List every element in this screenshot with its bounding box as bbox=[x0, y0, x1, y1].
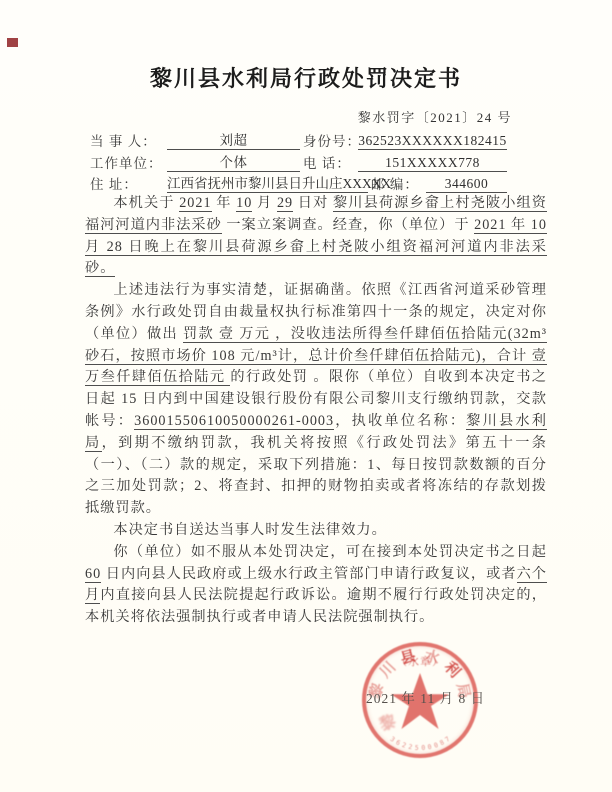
work-value: 个体 bbox=[167, 151, 300, 172]
party-value: 刘超 bbox=[167, 129, 300, 150]
address-value: 江西省抚州市黎川县日升山庄XXXXX bbox=[167, 172, 368, 193]
document-body: 本机关于 2021 年 10 月 29 日对 黎川县荷源乡畲上村尧陂小组资福河河… bbox=[85, 193, 547, 629]
doc-number: 黎水罚字〔2021〕24 号 bbox=[358, 107, 512, 126]
paragraph-penalty-decision: 上述违法行为事实清楚，证据确凿。依照《江西省河道采砂管理条例》水行政处罚自由裁量… bbox=[85, 280, 547, 520]
page-title: 黎川县水利局行政处罚决定书 bbox=[0, 62, 612, 93]
party-label: 当 事 人： bbox=[90, 130, 167, 150]
scanned-penalty-document: 黎川县水利局行政处罚决定书 黎水罚字〔2021〕24 号 当 事 人： 刘超 身… bbox=[0, 0, 612, 792]
phone-label: 电 话： bbox=[303, 152, 358, 172]
field-row-work: 工作单位： 个体 电 话： 151XXXXX778 bbox=[90, 150, 507, 171]
field-row-party: 当 事 人： 刘超 身份号： 362523XXXXXX182415 bbox=[90, 129, 507, 150]
seal-inner-label: （水章） bbox=[362, 653, 478, 669]
paragraph-case-filing: 本机关于 2021 年 10 月 29 日对 黎川县荷源乡畲上村尧陂小组资福河河… bbox=[85, 193, 547, 280]
work-label: 工作单位： bbox=[90, 152, 167, 172]
address-label: 住 址： bbox=[90, 173, 167, 193]
scan-artifact-mark bbox=[7, 38, 18, 47]
field-row-address: 住 址： 江西省抚州市黎川县日升山庄XXXXX 邮 编： 344600 bbox=[90, 172, 507, 193]
id-label: 身份号： bbox=[303, 130, 358, 150]
paragraph-appeal-rights: 你（单位）如不服从本处罚决定，可在接到本处罚决定书之日起60 日内向县人民政府或… bbox=[85, 542, 547, 629]
party-info-fields: 当 事 人： 刘超 身份号： 362523XXXXXX182415 工作单位： … bbox=[90, 129, 507, 193]
paragraph-legal-effect: 本决定书自送达当事人时发生法律效力。 bbox=[85, 520, 547, 542]
postal-label: 邮 编： bbox=[371, 173, 426, 193]
id-value: 362523XXXXXX182415 bbox=[358, 133, 507, 150]
decision-date: 2021 年 11 月 8 日 bbox=[366, 687, 526, 707]
phone-value: 151XXXXX778 bbox=[358, 155, 507, 172]
postal-value: 344600 bbox=[426, 176, 507, 193]
